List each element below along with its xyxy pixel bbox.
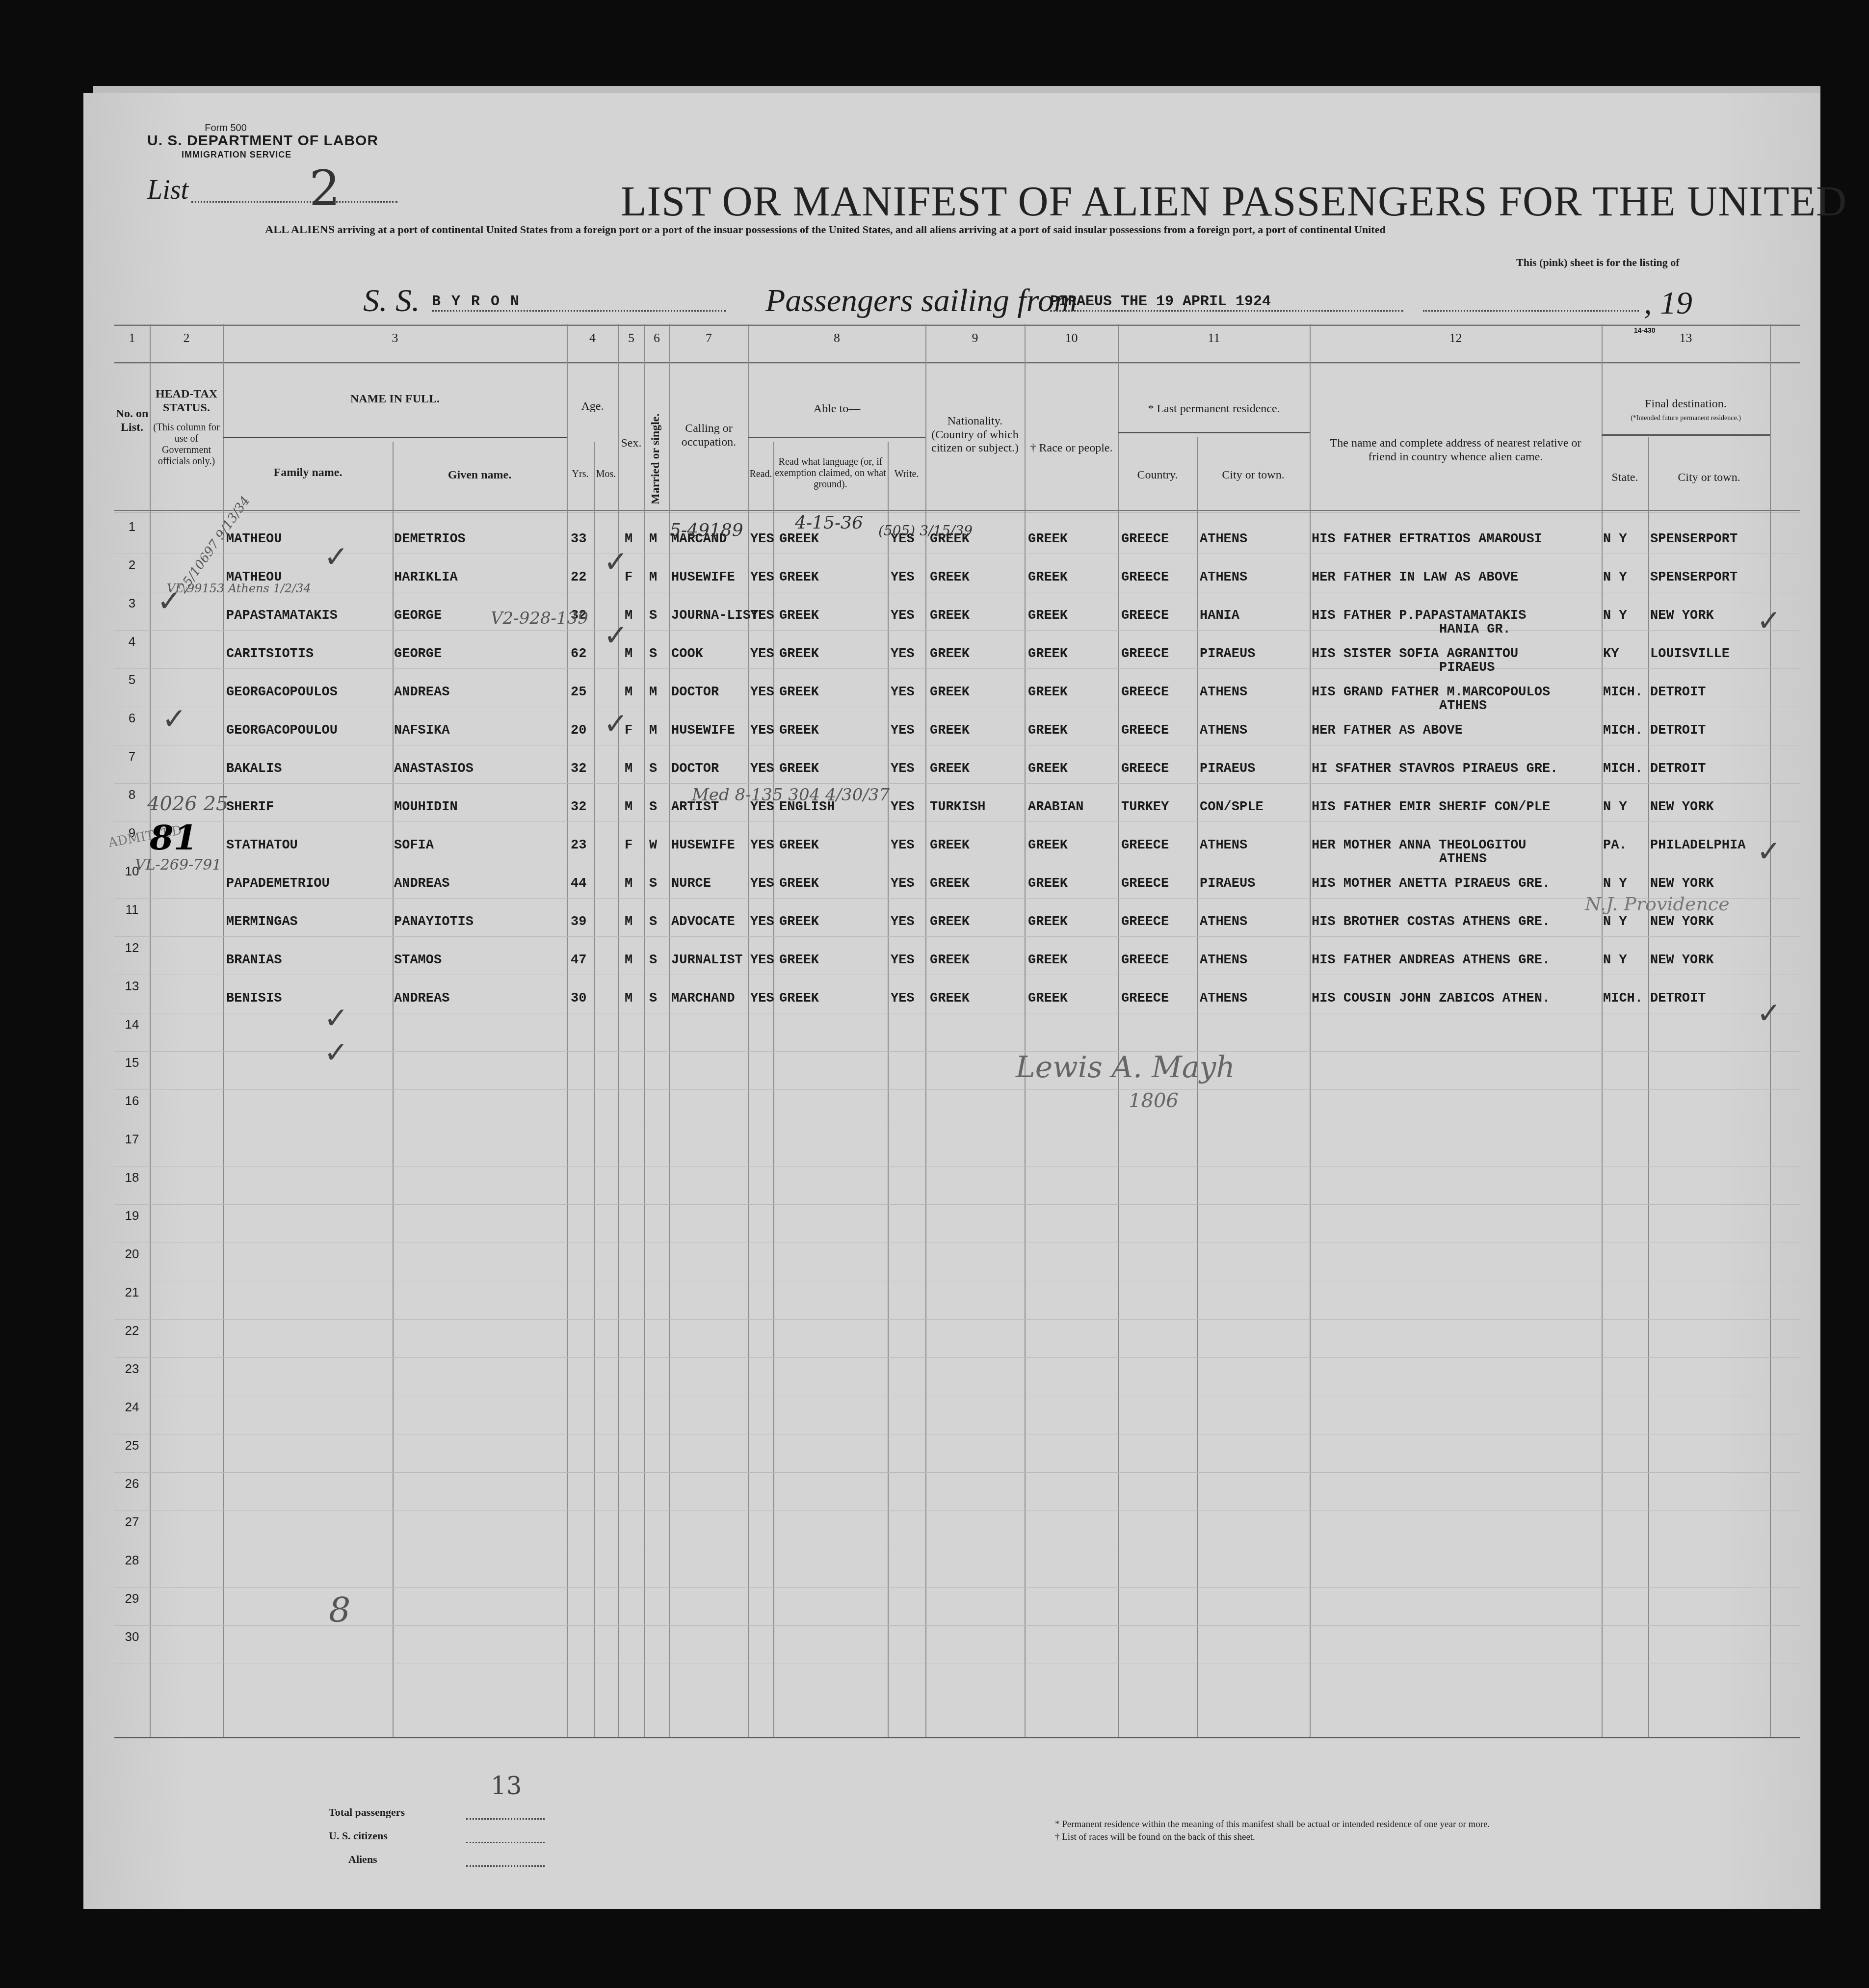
family-name: STATHATOU — [226, 838, 298, 853]
sailing-from-value: PIRAEUS THE 19 APRIL 1924 — [1050, 293, 1403, 312]
occupation: HUSEWIFE — [671, 570, 735, 585]
residence-city: PIRAEUS — [1200, 647, 1255, 662]
read-language: GREEK — [779, 991, 819, 1006]
table-row: 12 BRANIAS STAMOS 47 M S JURNALIST YES G… — [114, 936, 1800, 975]
residence-country: GREECE — [1121, 609, 1169, 623]
can-read: YES — [750, 647, 774, 662]
handwritten-row9-note: VL-269-791 — [135, 856, 221, 874]
occupation: HUSEWIFE — [671, 723, 735, 738]
race: GREEK — [1028, 915, 1068, 929]
total-passengers-label: Total passengers — [329, 1806, 405, 1829]
col-number: 2 — [150, 331, 223, 345]
age-years: 32 — [571, 762, 586, 776]
occupation: ADVOCATE — [671, 915, 735, 929]
occupation: DOCTOR — [671, 685, 719, 700]
table-bottom-rule — [114, 1737, 1800, 1739]
residence-city: CON/SPLE — [1200, 800, 1264, 815]
nationality: GREEK — [930, 609, 970, 623]
col-number: 1 — [114, 331, 150, 345]
checkmark-icon: ✓ — [1757, 834, 1781, 869]
residence-city: ATHENS — [1200, 953, 1247, 968]
table-row: 4 CARITSIOTIS GEORGE 62 M S COOK YES GRE… — [114, 630, 1800, 669]
nearest-relative: HIS MOTHER ANETTA PIRAEUS GRE. — [1312, 876, 1550, 891]
department-name: U. S. DEPARTMENT OF LABOR — [147, 133, 378, 149]
admitted-mark: 81 — [150, 817, 197, 858]
marital-status: M — [649, 532, 657, 547]
empty-table-row: 23 — [114, 1357, 1800, 1396]
given-name: NAFSIKA — [394, 723, 449, 738]
sex: M — [625, 685, 632, 700]
destination-state: MICH. — [1603, 685, 1643, 700]
list-number-line — [191, 201, 397, 203]
race: GREEK — [1028, 723, 1068, 738]
nearest-relative: HIS BROTHER COSTAS ATHENS GRE. — [1312, 915, 1550, 929]
nationality: GREEK — [930, 723, 970, 738]
occupation: NURCE — [671, 876, 711, 891]
residence-city: PIRAEUS — [1200, 762, 1255, 776]
ship-name: BYRON — [432, 293, 726, 312]
residence-country: GREECE — [1121, 991, 1169, 1006]
destination-state: KY — [1603, 647, 1619, 662]
marital-status: M — [649, 685, 657, 700]
header-write: Write. — [888, 469, 925, 480]
residence-city: ATHENS — [1200, 838, 1247, 853]
destination-state: N Y — [1603, 953, 1627, 968]
residence-country: GREECE — [1121, 647, 1169, 662]
residence-city: ATHENS — [1200, 991, 1247, 1006]
handwritten-note-row2: VL 99153 Athens 1/2/34 — [167, 582, 311, 595]
occupation: MARCHAND — [671, 991, 735, 1006]
empty-table-row: 28 — [114, 1549, 1800, 1588]
empty-table-row: 16 — [114, 1089, 1800, 1128]
date-blank-line — [1423, 310, 1639, 312]
checkmark-icon: ✓ — [162, 702, 186, 736]
family-name: MERMINGAS — [226, 915, 298, 929]
can-write: YES — [891, 953, 915, 968]
table-row: 7 BAKALIS ANASTASIOS 32 M S DOCTOR YES G… — [114, 745, 1800, 784]
sex: M — [625, 915, 632, 929]
residence-country: GREECE — [1121, 876, 1169, 891]
destination-city: NEW YORK — [1650, 609, 1714, 623]
header-mos: Mos. — [594, 469, 618, 480]
age-years: 20 — [571, 723, 586, 738]
given-name: SOFIA — [394, 838, 434, 853]
handwritten-destination-note: N.J. Providence — [1585, 893, 1730, 915]
race: GREEK — [1028, 876, 1068, 891]
header-nearest-relative: The name and complete address of nearest… — [1319, 437, 1592, 464]
row-number: 30 — [114, 1629, 150, 1644]
family-name: PAPASTAMATAKIS — [226, 609, 338, 623]
can-read: YES — [750, 532, 774, 547]
table-row: 13 BENISIS ANDREAS 30 M S MARCHAND YES G… — [114, 975, 1800, 1013]
can-read: YES — [750, 915, 774, 929]
read-language: GREEK — [779, 570, 819, 585]
family-name: GEORGACOPOULOS — [226, 685, 338, 700]
family-name: GEORGACOPOULOU — [226, 723, 338, 738]
col-number: 6 — [644, 331, 669, 345]
row-number: 28 — [114, 1553, 150, 1568]
residence-country: GREECE — [1121, 838, 1169, 853]
destination-city: NEW YORK — [1650, 800, 1714, 815]
race: GREEK — [1028, 532, 1068, 547]
nationality: GREEK — [930, 838, 970, 853]
row-number: 5 — [114, 672, 150, 688]
inspector-signature: Lewis A. Mayh — [1016, 1050, 1235, 1085]
col-number: 10 — [1025, 331, 1118, 345]
destination-state: N Y — [1603, 570, 1627, 585]
nearest-relative: HER FATHER IN LAW AS ABOVE — [1312, 570, 1518, 585]
row-number: 12 — [114, 940, 150, 955]
nationality: GREEK — [930, 915, 970, 929]
us-citizens-label: U. S. citizens — [329, 1829, 405, 1853]
destination-city: LOUISVILLE — [1650, 647, 1730, 662]
family-name: PAPADEMETRIOU — [226, 876, 330, 891]
can-write: YES — [891, 762, 915, 776]
service-name: IMMIGRATION SERVICE — [182, 150, 291, 160]
nationality: GREEK — [930, 991, 970, 1006]
header-last-residence: * Last permanent residence. — [1118, 402, 1310, 416]
read-language: GREEK — [779, 647, 819, 662]
row-number: 15 — [114, 1055, 150, 1070]
family-name: CARITSIOTIS — [226, 647, 314, 662]
residence-city: ATHENS — [1200, 915, 1247, 929]
read-language: GREEK — [779, 953, 819, 968]
residence-city: HANIA — [1200, 609, 1239, 623]
sex: M — [625, 800, 632, 815]
empty-table-row: 20 — [114, 1243, 1800, 1281]
empty-table-row: 24 — [114, 1396, 1800, 1434]
col-number: 5 — [618, 331, 644, 345]
nearest-relative: HER MOTHER ANNA THEOLOGITOU — [1312, 838, 1526, 853]
header-no-on-list: No. on List. — [114, 407, 150, 434]
nationality: GREEK — [930, 647, 970, 662]
given-name: STAMOS — [394, 953, 442, 968]
family-name: MATHEOU — [226, 532, 282, 547]
destination-state: N Y — [1603, 915, 1627, 929]
header-final-destination-note: (*Intended future permanent residence.) — [1602, 415, 1770, 423]
can-read: YES — [750, 991, 774, 1006]
residence-city: ATHENS — [1200, 532, 1247, 547]
empty-table-row: 18 — [114, 1166, 1800, 1205]
can-read: YES — [750, 838, 774, 853]
nearest-relative: HIS FATHER ANDREAS ATHENS GRE. — [1312, 953, 1550, 968]
empty-table-row: 22 — [114, 1319, 1800, 1358]
nearest-relative: HIS COUSIN JOHN ZABICOS ATHEN. — [1312, 991, 1550, 1006]
can-write: YES — [891, 609, 915, 623]
footnote-residence: * Permanent residence within the meaning… — [1055, 1818, 1490, 1831]
sheet-color-note: This (pink) sheet is for the listing of — [1516, 256, 1680, 269]
header-married-single: Married or single. — [649, 412, 663, 505]
row-number: 14 — [114, 1017, 150, 1032]
handwritten-row7-number: 4026 25 — [147, 793, 228, 815]
read-language: GREEK — [779, 876, 819, 891]
given-name: ANASTASIOS — [394, 762, 474, 776]
read-language: GREEK — [779, 762, 819, 776]
residence-city: PIRAEUS — [1200, 876, 1255, 891]
empty-table-row: 25 — [114, 1434, 1800, 1473]
checkmark-icon: ✓ — [604, 707, 628, 741]
table-row: 8 SHERIF MOUHIDIN 32 M S ARTIST YES ENGL… — [114, 783, 1800, 822]
residence-city: ATHENS — [1200, 685, 1247, 700]
read-language: GREEK — [779, 723, 819, 738]
nationality: GREEK — [930, 953, 970, 968]
col-number: 7 — [669, 331, 748, 345]
age-years: 22 — [571, 570, 586, 585]
empty-table-row: 29 — [114, 1587, 1800, 1626]
table-row: 3 PAPASTAMATAKIS GEORGE 32 M S JOURNA-LI… — [114, 592, 1800, 631]
checkmark-icon: ✓ — [604, 618, 628, 653]
header-given-name: Given name. — [393, 469, 567, 482]
can-write: YES — [891, 915, 915, 929]
row-number: 21 — [114, 1285, 150, 1300]
row-number: 23 — [114, 1361, 150, 1377]
destination-subrule — [1602, 434, 1770, 436]
read-language: GREEK — [779, 838, 819, 853]
header-state: State. — [1602, 471, 1648, 485]
can-write: YES — [891, 723, 915, 738]
instructions-text: arriving at a port of continental United… — [338, 223, 1386, 236]
footnote-races: † List of races will be found on the bac… — [1055, 1831, 1490, 1844]
destination-state: N Y — [1603, 609, 1627, 623]
race: GREEK — [1028, 609, 1068, 623]
page-title: LIST OR MANIFEST OF ALIEN PASSENGERS FOR… — [621, 177, 1847, 226]
can-read: YES — [750, 685, 774, 700]
given-name: ANDREAS — [394, 991, 449, 1006]
given-name: ANDREAS — [394, 685, 449, 700]
totals-block: Total passengers U. S. citizens Aliens — [329, 1806, 405, 1877]
nearest-relative: HIS FATHER EFTRATIOS AMAROUSI — [1312, 532, 1542, 547]
year-label: , 19 — [1644, 285, 1692, 322]
nationality: TURKISH — [930, 800, 985, 815]
row-number: 25 — [114, 1438, 150, 1453]
given-name: GEORGE — [394, 609, 442, 623]
sex: M — [625, 991, 632, 1006]
empty-table-row: 17 — [114, 1128, 1800, 1166]
checkmark-icon: ✓ — [604, 545, 628, 579]
sex: F — [625, 838, 632, 853]
table-row: 9 STATHATOU SOFIA 23 F W HUSEWIFE YES GR… — [114, 822, 1800, 860]
age-years: 47 — [571, 953, 586, 968]
handwritten-row7-note: Med 8-135 304 4/30/37 — [692, 785, 890, 805]
checkmark-icon: ✓ — [324, 1035, 348, 1070]
nearest-relative: HI SFATHER STAVROS PIRAEUS GRE. — [1312, 762, 1558, 776]
destination-city: DETROIT — [1650, 762, 1706, 776]
header-calling-occupation: Calling or occupation. — [669, 422, 748, 449]
checkmark-icon: ✓ — [324, 1001, 348, 1035]
table-row: 10 PAPADEMETRIOU ANDREAS 44 M S NURCE YE… — [114, 860, 1800, 899]
row-number: 24 — [114, 1400, 150, 1415]
marital-status: S — [649, 876, 657, 891]
destination-state: N Y — [1603, 532, 1627, 547]
residence-country: GREECE — [1121, 532, 1169, 547]
handwritten-note-row3: V2-928-139 — [491, 609, 588, 628]
occupation: JURNALIST — [671, 953, 743, 968]
marital-status: S — [649, 915, 657, 929]
race: GREEK — [1028, 647, 1068, 662]
occupation: HUSEWIFE — [671, 838, 735, 853]
header-country: Country. — [1118, 469, 1197, 482]
destination-city: NEW YORK — [1650, 915, 1714, 929]
table-row: 2 MATHEOU HARIKLIA 22 F M HUSEWIFE YES G… — [114, 554, 1800, 592]
table-row: 5 GEORGACOPOULOS ANDREAS 25 M M DOCTOR Y… — [114, 668, 1800, 707]
given-name: HARIKLIA — [394, 570, 458, 585]
age-years: 62 — [571, 647, 586, 662]
marital-status: S — [649, 762, 657, 776]
row-number: 19 — [114, 1208, 150, 1223]
nearest-relative: HER FATHER AS ABOVE — [1312, 723, 1463, 738]
col-number: 8 — [748, 331, 925, 345]
age-years: 39 — [571, 915, 586, 929]
occupation: DOCTOR — [671, 762, 719, 776]
destination-city: SPENSERPORT — [1650, 532, 1737, 547]
header-family-name: Family name. — [223, 466, 393, 480]
empty-table-row: 14 — [114, 1013, 1800, 1052]
can-read: YES — [750, 570, 774, 585]
nationality: GREEK — [930, 570, 970, 585]
header-city-town: City or town. — [1197, 469, 1310, 482]
marital-status: M — [649, 723, 657, 738]
nearest-relative: HIS FATHER EMIR SHERIF CON/PLE — [1312, 800, 1550, 815]
given-name: DEMETRIOS — [394, 532, 466, 547]
header-head-tax-note: (This column for use of Government offic… — [152, 422, 221, 467]
empty-table-row: 27 — [114, 1511, 1800, 1549]
destination-city: PHILADELPHIA — [1650, 838, 1745, 853]
residence-country: GREECE — [1121, 915, 1169, 929]
col-number: 12 — [1310, 331, 1602, 345]
sailing-label: Passengers sailing from — [765, 282, 1078, 319]
column-number-rule — [114, 362, 1800, 364]
can-write: YES — [891, 876, 915, 891]
aliens-line — [466, 1865, 545, 1867]
row-number: 13 — [114, 979, 150, 994]
sex: M — [625, 953, 632, 968]
header-head-tax: HEAD-TAX STATUS. — [152, 388, 221, 415]
given-name: PANAYIOTIS — [394, 915, 474, 929]
total-passengers-value: 13 — [491, 1772, 522, 1800]
checkmark-icon: ✓ — [157, 584, 182, 618]
col-number: 13 — [1602, 331, 1770, 345]
row-number: 11 — [114, 902, 150, 917]
handwritten-language-note: 4-15-36 — [795, 513, 863, 533]
age-years: 32 — [571, 800, 586, 815]
destination-city: DETROIT — [1650, 685, 1706, 700]
race: GREEK — [1028, 838, 1068, 853]
residence-country: GREECE — [1121, 953, 1169, 968]
family-name: SHERIF — [226, 800, 274, 815]
row-number: 18 — [114, 1170, 150, 1185]
able-subrule — [748, 437, 925, 438]
marital-status: W — [649, 838, 657, 853]
header-dest-city: City or town. — [1648, 471, 1770, 485]
age-years: 30 — [571, 991, 586, 1006]
header-able-to: Able to— — [748, 402, 925, 416]
list-label: List — [147, 174, 188, 206]
nationality: GREEK — [930, 876, 970, 891]
marital-status: S — [649, 609, 657, 623]
row-number: 29 — [114, 1591, 150, 1606]
header-yrs: Yrs. — [567, 469, 594, 480]
col-number: 11 — [1118, 331, 1310, 345]
page-mark: 8 — [329, 1590, 351, 1630]
nearest-relative: HIS FATHER P.PAPASTAMATAKIS — [1312, 609, 1526, 623]
header-read: Read. — [748, 469, 773, 480]
empty-table-row: 30 — [114, 1625, 1800, 1664]
manifest-instructions: ALL ALIENS arriving at a port of contine… — [265, 223, 1781, 237]
residence-city: ATHENS — [1200, 570, 1247, 585]
row-number: 7 — [114, 749, 150, 764]
read-language: GREEK — [779, 685, 819, 700]
residence-country: GREECE — [1121, 685, 1169, 700]
empty-table-row: 15 — [114, 1051, 1800, 1090]
destination-city: NEW YORK — [1650, 876, 1714, 891]
residence-country: GREECE — [1121, 570, 1169, 585]
age-years: 23 — [571, 838, 586, 853]
destination-city: NEW YORK — [1650, 953, 1714, 968]
occupation: COOK — [671, 647, 703, 662]
marital-status: S — [649, 800, 657, 815]
read-language: GREEK — [779, 609, 819, 623]
handwritten-write-note: (505) 3/15/39 — [878, 523, 973, 539]
sex: M — [625, 762, 632, 776]
destination-state: MICH. — [1603, 762, 1643, 776]
residence-country: GREECE — [1121, 762, 1169, 776]
marital-status: S — [649, 991, 657, 1006]
age-years: 25 — [571, 685, 586, 700]
read-language: GREEK — [779, 915, 819, 929]
can-write: YES — [891, 647, 915, 662]
empty-table-row: 21 — [114, 1281, 1800, 1320]
can-read: YES — [750, 723, 774, 738]
ss-label: S. S. — [363, 282, 420, 319]
name-subrule — [223, 437, 567, 438]
row-number: 27 — [114, 1514, 150, 1530]
can-write: YES — [891, 685, 915, 700]
row-number: 1 — [114, 519, 150, 534]
table-top-rule — [114, 324, 1800, 326]
destination-state: MICH. — [1603, 991, 1643, 1006]
family-name: BAKALIS — [226, 762, 282, 776]
row-number: 17 — [114, 1132, 150, 1147]
signature-number: 1806 — [1129, 1089, 1179, 1112]
can-write: YES — [891, 800, 915, 815]
can-write: YES — [891, 838, 915, 853]
total-passengers-line — [466, 1818, 545, 1820]
residence-country: TURKEY — [1121, 800, 1169, 815]
destination-state: N Y — [1603, 800, 1627, 815]
table-row: 11 MERMINGAS PANAYIOTIS 39 M S ADVOCATE … — [114, 898, 1800, 937]
nationality: GREEK — [930, 685, 970, 700]
footnotes: * Permanent residence within the meaning… — [1055, 1818, 1490, 1843]
family-name: BRANIAS — [226, 953, 282, 968]
can-read: YES — [750, 762, 774, 776]
header-race: † Race or people. — [1025, 442, 1118, 455]
header-bottom-rule — [114, 510, 1800, 512]
instructions-lead: ALL ALIENS — [265, 223, 335, 236]
race: ARABIAN — [1028, 800, 1083, 815]
header-age: Age. — [567, 400, 618, 414]
header-final-destination: Final destination. — [1602, 398, 1770, 411]
race: GREEK — [1028, 762, 1068, 776]
residence-subrule — [1118, 432, 1310, 433]
residence-country: GREECE — [1121, 723, 1169, 738]
row-number: 22 — [114, 1323, 150, 1338]
read-language: GREEK — [779, 532, 819, 547]
row-number: 20 — [114, 1246, 150, 1262]
row-number: 2 — [114, 557, 150, 573]
handwritten-occupation-note: 5-49189 — [670, 520, 743, 540]
col-number: 9 — [925, 331, 1025, 345]
sex: M — [625, 876, 632, 891]
